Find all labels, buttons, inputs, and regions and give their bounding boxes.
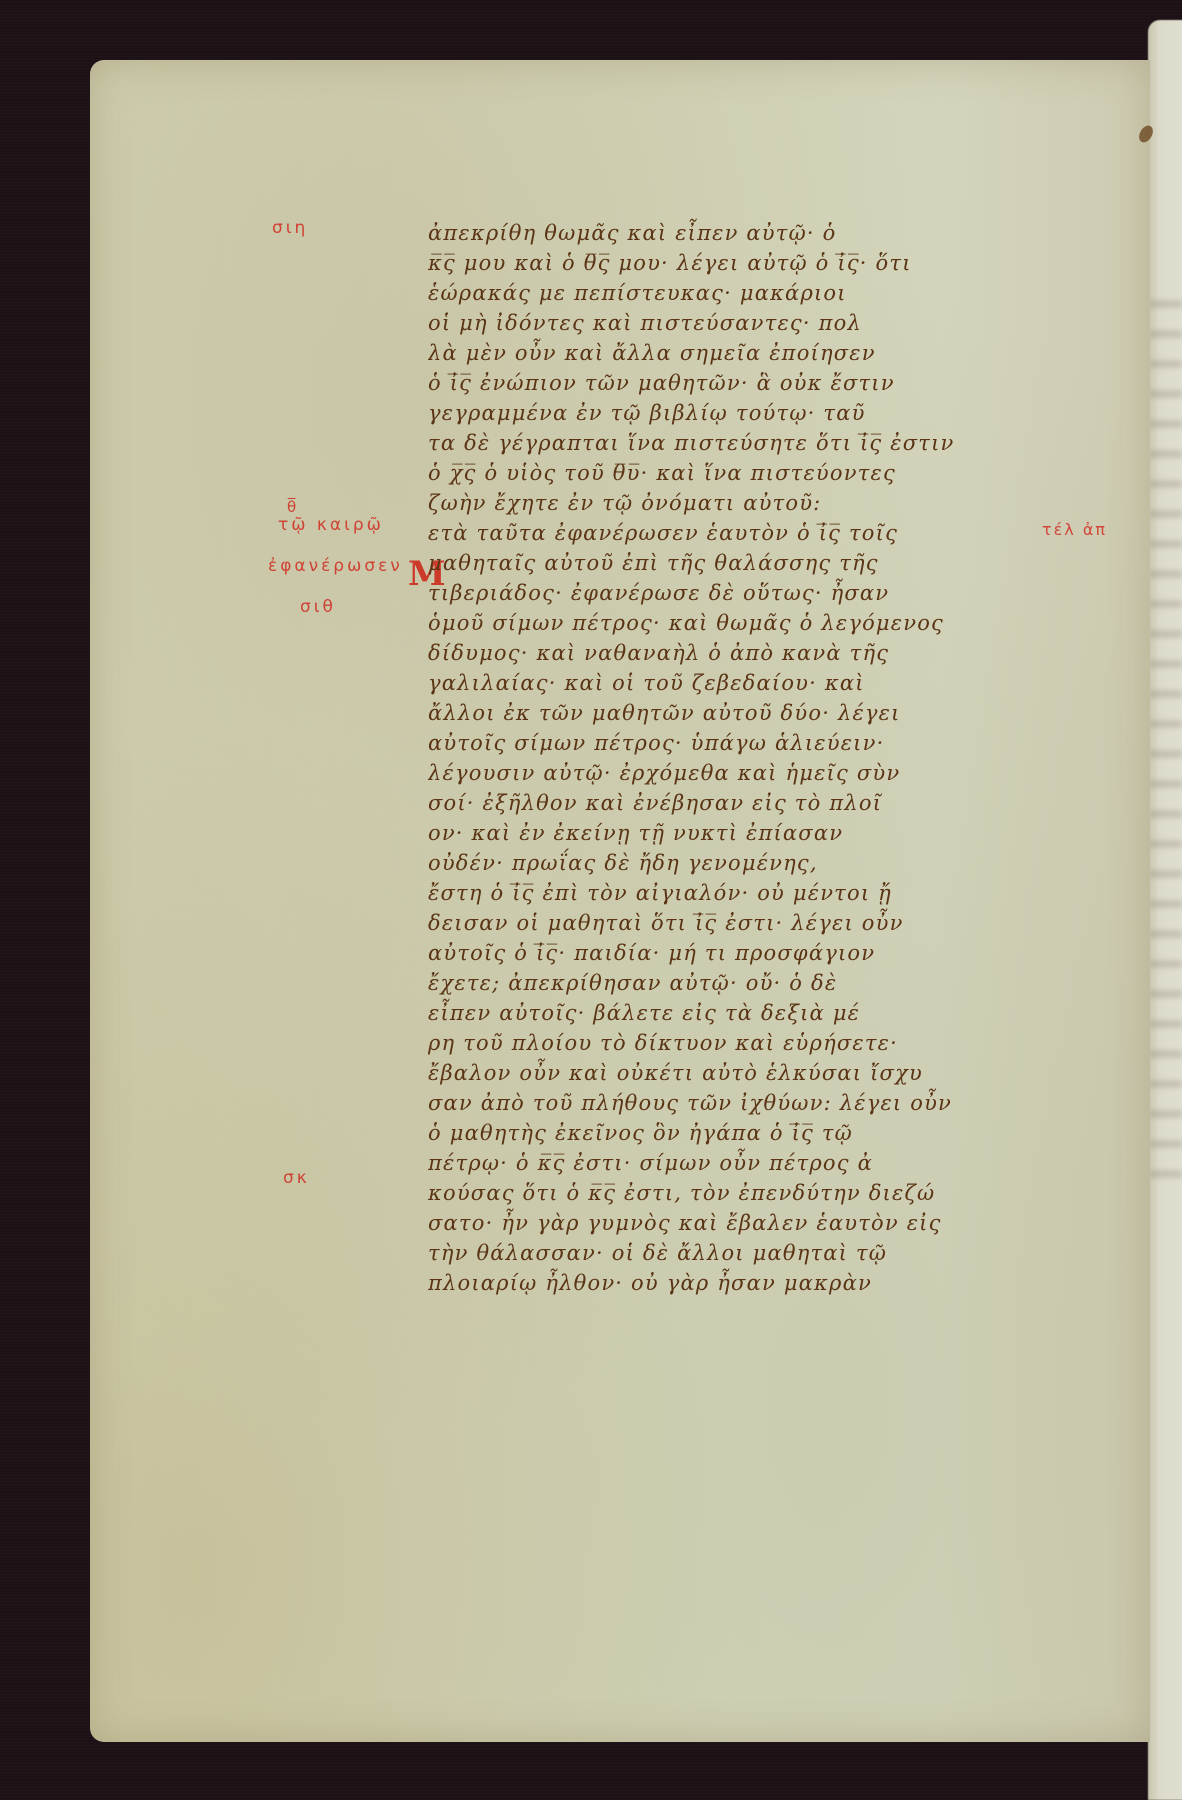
text-line: οὐδέν· πρωΐας δὲ ἤδη γενομένης, <box>428 848 1133 878</box>
text-line: ἄλλοι ἐκ τῶν μαθητῶν αὐτοῦ δύο· λέγει <box>428 698 1133 728</box>
lection-note-line-2: ἐφανέρωσεν <box>268 556 403 576</box>
text-line: κ̅ς̅ μου καὶ ὁ θ̅ς̅ μου· λέγει αὐτῷ ὁ ἰ̅… <box>428 248 1133 278</box>
lection-note-line-1: τῷ καιρῷ <box>278 515 384 535</box>
text-line: ἔβαλον οὖν καὶ οὐκέτι αὐτὸ ἑλκύσαι ἴσχυ <box>428 1058 1133 1088</box>
text-line: ετὰ ταῦτα ἐφανέρωσεν ἑαυτὸν ὁ ἰ̅ς̅ τοῖς <box>428 518 1133 548</box>
text-line: σατο· ἦν γὰρ γυμνὸς καὶ ἔβαλεν ἑαυτὸν εἰ… <box>428 1208 1133 1238</box>
lection-note-theta: θ̅ <box>287 498 299 516</box>
text-line: δεισαν οἱ μαθηταὶ ὅτι ἰ̅ς̅ ἐστι· λέγει ο… <box>428 908 1133 938</box>
text-line: αὐτοῖς σίμων πέτρος· ὑπάγω ἁλιεύειν· <box>428 728 1133 758</box>
text-line: τιβεριάδος· ἐφανέρωσε δὲ οὕτως· ἦσαν <box>428 578 1133 608</box>
text-line: γεγραμμένα ἐν τῷ βιβλίῳ τούτῳ· ταῦ <box>428 398 1133 428</box>
main-text-column: ἀπεκρίθη θωμᾶς καὶ εἶπεν αὐτῷ· ὁ κ̅ς̅ μο… <box>428 218 1133 1298</box>
text-line: σοί· ἐξῆλθον καὶ ἐνέβησαν εἰς τὸ πλοῖ <box>428 788 1133 818</box>
text-line: κούσας ὅτι ὁ κ̅ς̅ ἐστι, τὸν ἐπενδύτην δι… <box>428 1178 1133 1208</box>
text-line: τα δὲ γέγραπται ἵνα πιστεύσητε ὅτι ἰ̅ς̅ … <box>428 428 1133 458</box>
text-line: ὁ χ̅ς̅ ὁ υἱὸς τοῦ θ̅υ̅· καὶ ἵνα πιστεύον… <box>428 458 1133 488</box>
text-line: ον· καὶ ἐν ἐκείνῃ τῇ νυκτὶ ἐπίασαν <box>428 818 1133 848</box>
text-line: ρη τοῦ πλοίου τὸ δίκτυον καὶ εὑρήσετε· <box>428 1028 1133 1058</box>
text-line: ὁ ἰ̅ς̅ ἐνώπιον τῶν μαθητῶν· ἃ οὐκ ἔστιν <box>428 368 1133 398</box>
text-line: λὰ μὲν οὖν καὶ ἄλλα σημεῖα ἐποίησεν <box>428 338 1133 368</box>
text-line: ἑώρακάς με πεπίστευκας· μακάριοι <box>428 278 1133 308</box>
text-line: πλοιαρίῳ ἦλθον· οὐ γὰρ ἦσαν μακρὰν <box>428 1268 1133 1298</box>
text-line: σαν ἀπὸ τοῦ πλήθους τῶν ἰχθύων: λέγει οὖ… <box>428 1088 1133 1118</box>
text-line: εἶπεν αὐτοῖς· βάλετε εἰς τὰ δεξιὰ μέ <box>428 998 1133 1028</box>
section-number-218: σιη <box>272 218 308 238</box>
text-line: ζωὴν ἔχητε ἐν τῷ ὀνόματι αὐτοῦ: <box>428 488 1133 518</box>
facing-page-bleedthrough <box>1150 300 1182 1200</box>
text-line: ὁμοῦ σίμων πέτρος· καὶ θωμᾶς ὁ λεγόμενος <box>428 608 1133 638</box>
text-line: ὁ μαθητὴς ἐκεῖνος ὃν ἠγάπα ὁ ἰ̅ς̅ τῷ <box>428 1118 1133 1148</box>
text-line: ἔχετε; ἀπεκρίθησαν αὐτῷ· οὔ· ὁ δὲ <box>428 968 1133 998</box>
text-line: τὴν θάλασσαν· οἱ δὲ ἄλλοι μαθηταὶ τῷ <box>428 1238 1133 1268</box>
text-line: ἔστη ὁ ἰ̅ς̅ ἐπὶ τὸν αἰγιαλόν· οὐ μέντοι … <box>428 878 1133 908</box>
text-line: αὐτοῖς ὁ ἰ̅ς̅· παιδία· μή τι προσφάγιον <box>428 938 1133 968</box>
text-line: ἀπεκρίθη θωμᾶς καὶ εἶπεν αὐτῷ· ὁ <box>428 218 1133 248</box>
text-line: γαλιλαίας· καὶ οἱ τοῦ ζεβεδαίου· καὶ <box>428 668 1133 698</box>
section-number-220: σκ <box>283 1168 310 1188</box>
text-line: δίδυμος· καὶ ναθαναὴλ ὁ ἀπὸ κανὰ τῆς <box>428 638 1133 668</box>
text-line: πέτρῳ· ὁ κ̅ς̅ ἐστι· σίμων οὖν πέτρος ἀ <box>428 1148 1133 1178</box>
text-line: οἱ μὴ ἰδόντες καὶ πιστεύσαντες· πολ <box>428 308 1133 338</box>
section-number-219: σιθ <box>300 597 336 617</box>
text-line: λέγουσιν αὐτῷ· ἐρχόμεθα καὶ ἡμεῖς σὺν <box>428 758 1133 788</box>
text-line: μαθηταῖς αὐτοῦ ἐπὶ τῆς θαλάσσης τῆς <box>428 548 1133 578</box>
